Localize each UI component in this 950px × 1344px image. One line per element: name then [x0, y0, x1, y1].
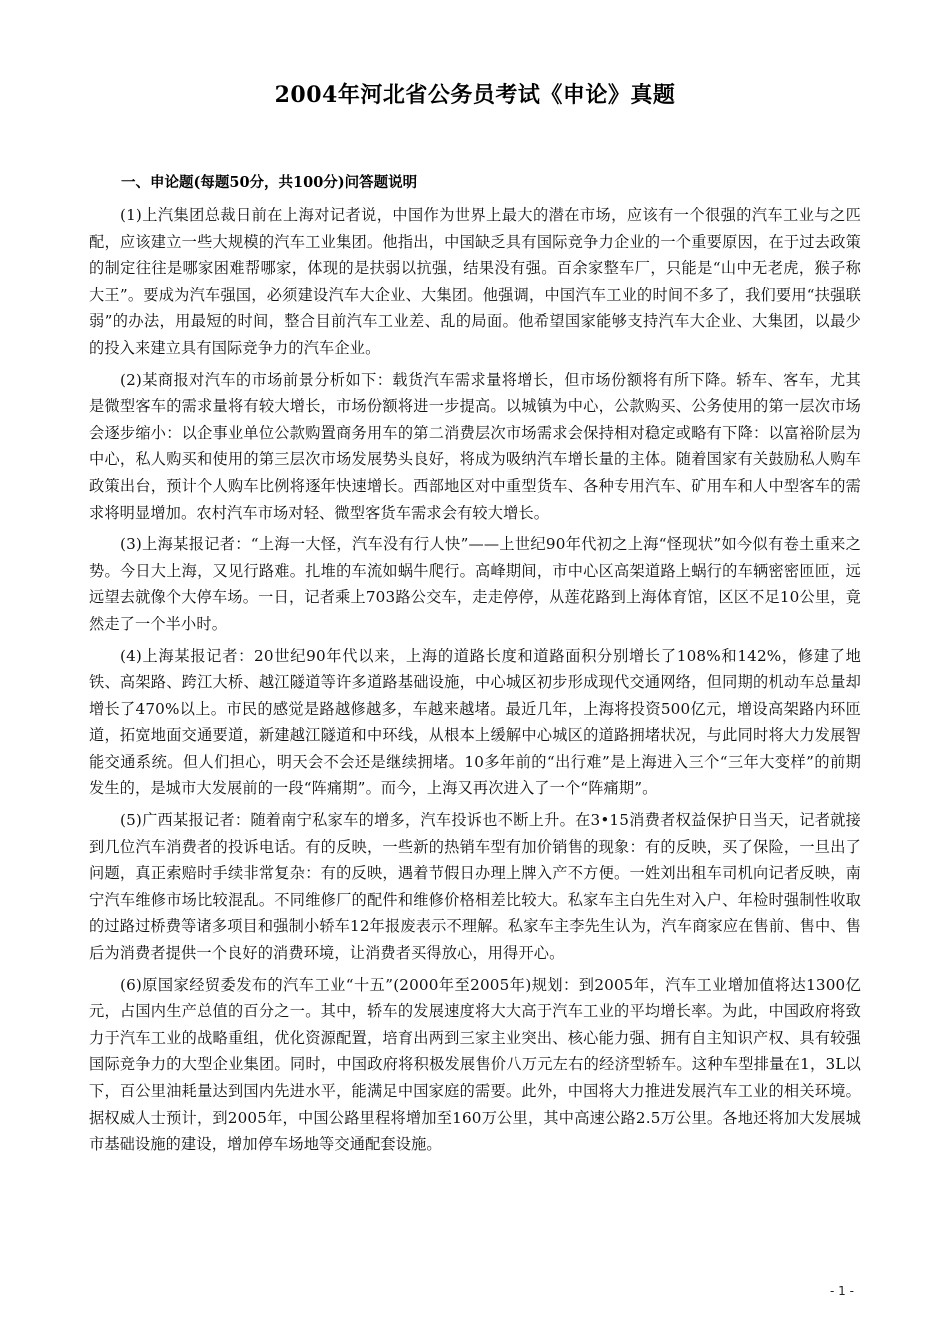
paragraph-3: (3)上海某报记者：“上海一大怪，汽车没有行人快”——上世纪90年代初之上海“怪… — [89, 531, 861, 637]
paragraph-2: (2)某商报对汽车的市场前景分析如下：载货汽车需求量将增长，但市场份额将有所下降… — [89, 367, 861, 527]
section-heading: 一、申论题(每题50分，共100分)问答题说明 — [121, 170, 861, 196]
document-body: 一、申论题(每题50分，共100分)问答题说明 (1)上汽集团总裁日前在上海对记… — [89, 170, 861, 1163]
paragraph-6: (6)原国家经贸委发布的汽车工业“十五”(2000年至2005年)规划：到200… — [89, 972, 861, 1158]
document-title: 2004年河北省公务员考试《申论》真题 — [0, 78, 950, 109]
paragraph-5: (5)广西某报记者：随着南宁私家车的增多，汽车投诉也不断上升。在3•15消费者权… — [89, 807, 861, 967]
paragraph-4: (4)上海某报记者：20世纪90年代以来，上海的道路长度和道路面积分别增长了10… — [89, 643, 861, 803]
paragraph-1: (1)上汽集团总裁日前在上海对记者说，中国作为世界上最大的潜在市场，应该有一个很… — [89, 202, 861, 362]
page-number: - 1 - — [830, 1284, 854, 1298]
document-page: 2004年河北省公务员考试《申论》真题 一、申论题(每题50分，共100分)问答… — [0, 0, 950, 1344]
